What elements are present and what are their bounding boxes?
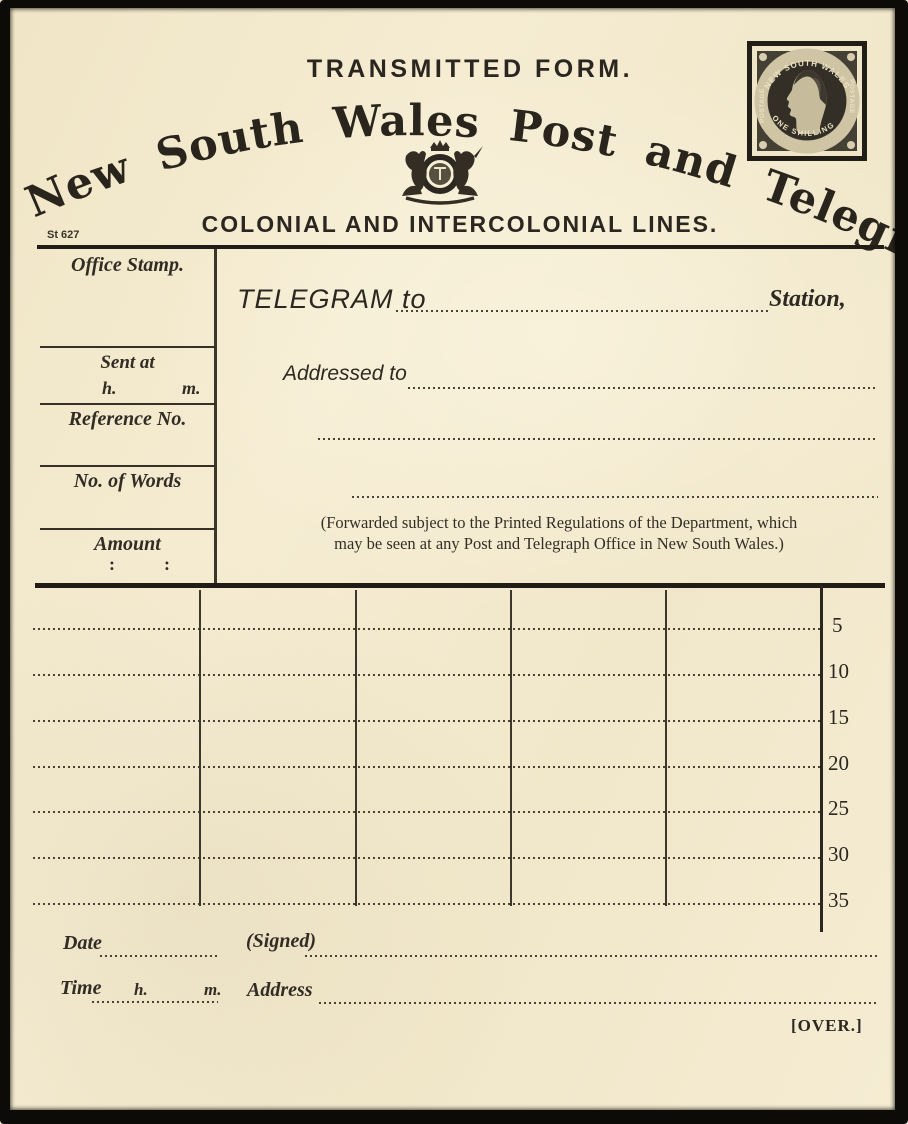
amount-colon-2: : [164, 554, 170, 575]
date-field[interactable] [100, 954, 217, 957]
grid-column-line-1 [199, 590, 201, 906]
sent-at-minute-label: m. [182, 378, 201, 399]
grid-column-line-3 [510, 590, 512, 906]
reference-no-field[interactable] [42, 434, 212, 462]
reference-no-label: Reference No. [40, 408, 215, 431]
word-count-marker-25: 25 [828, 796, 849, 821]
no-of-words-label: No. of Words [40, 470, 215, 493]
message-row-7[interactable] [33, 861, 822, 904]
time-minute-label: m. [204, 980, 221, 1000]
office-panel-line-2 [40, 403, 216, 405]
time-label: Time [60, 977, 101, 1000]
telegram-to-field[interactable] [396, 309, 768, 312]
grid-column-line-4 [665, 590, 667, 906]
message-row-6[interactable] [33, 815, 822, 858]
time-field[interactable] [92, 1000, 218, 1003]
subtitle: COLONIAL AND INTERCOLONIAL LINES. [60, 211, 860, 238]
address-label: Address [247, 979, 313, 1002]
grid-column-line-2 [355, 590, 357, 906]
word-count-marker-30: 30 [828, 842, 849, 867]
over-label: [OVER.] [791, 1016, 863, 1036]
word-count-marker-5: 5 [832, 613, 843, 638]
message-row-4[interactable] [33, 724, 822, 767]
signed-field[interactable] [305, 954, 878, 957]
office-stamp-area[interactable] [42, 282, 212, 344]
message-row-3[interactable] [33, 678, 822, 721]
office-panel-line-3 [40, 465, 216, 467]
time-hour-label: h. [134, 980, 148, 1000]
telegram-form: TRANSMITTED FORM. New South Wales Post a… [0, 0, 908, 1124]
sent-at-label: Sent at [40, 352, 215, 374]
signed-label: (Signed) [246, 930, 316, 953]
address-extra-field-2[interactable] [352, 495, 878, 498]
message-row-5[interactable] [33, 770, 822, 812]
word-count-marker-15: 15 [828, 705, 849, 730]
message-row-2[interactable] [33, 632, 822, 675]
message-row-1[interactable] [33, 590, 822, 630]
queen-victoria-stamp: NEW SOUTH WALES ONE SHILLING POSTAGE POS… [747, 41, 867, 161]
date-label: Date [63, 932, 102, 955]
office-stamp-label: Office Stamp. [40, 254, 215, 277]
grid-row-rule-3 [33, 719, 823, 722]
form-number: St 627 [47, 229, 79, 241]
grid-row-rule-2 [33, 673, 823, 676]
regulations-note-line2: may be seen at any Post and Telegraph Of… [235, 534, 883, 554]
stamp-right-label: POSTAGE [848, 79, 855, 114]
regulations-note-line1: (Forwarded subject to the Printed Regula… [235, 513, 883, 533]
grid-row-rule-7 [33, 902, 823, 905]
station-label: Station, [769, 286, 846, 313]
sent-at-hour-label: h. [102, 378, 117, 399]
word-count-marker-35: 35 [828, 888, 849, 913]
grid-row-rule-6 [33, 856, 823, 859]
addressed-to-label: Addressed to [283, 362, 407, 386]
grid-row-rule-5 [33, 810, 823, 813]
office-panel-line-1 [40, 346, 216, 348]
amount-colon-1: : [109, 554, 115, 575]
word-count-marker-20: 20 [828, 751, 849, 776]
no-of-words-field[interactable] [42, 497, 212, 525]
grid-right-rule [820, 585, 823, 932]
office-panel-line-4 [40, 528, 216, 530]
grid-row-rule-1 [33, 627, 823, 630]
grid-row-rule-4 [33, 765, 823, 768]
addressed-to-field[interactable] [408, 386, 878, 389]
address-extra-field-1[interactable] [318, 437, 878, 440]
header-rule [37, 245, 884, 249]
amount-label: Amount [40, 533, 215, 556]
stamp-left-label: POSTAGE [759, 88, 766, 123]
royal-coat-of-arms [402, 140, 483, 203]
address-field[interactable] [319, 1001, 878, 1004]
word-count-marker-10: 10 [828, 659, 849, 684]
grid-top-rule [35, 583, 885, 588]
